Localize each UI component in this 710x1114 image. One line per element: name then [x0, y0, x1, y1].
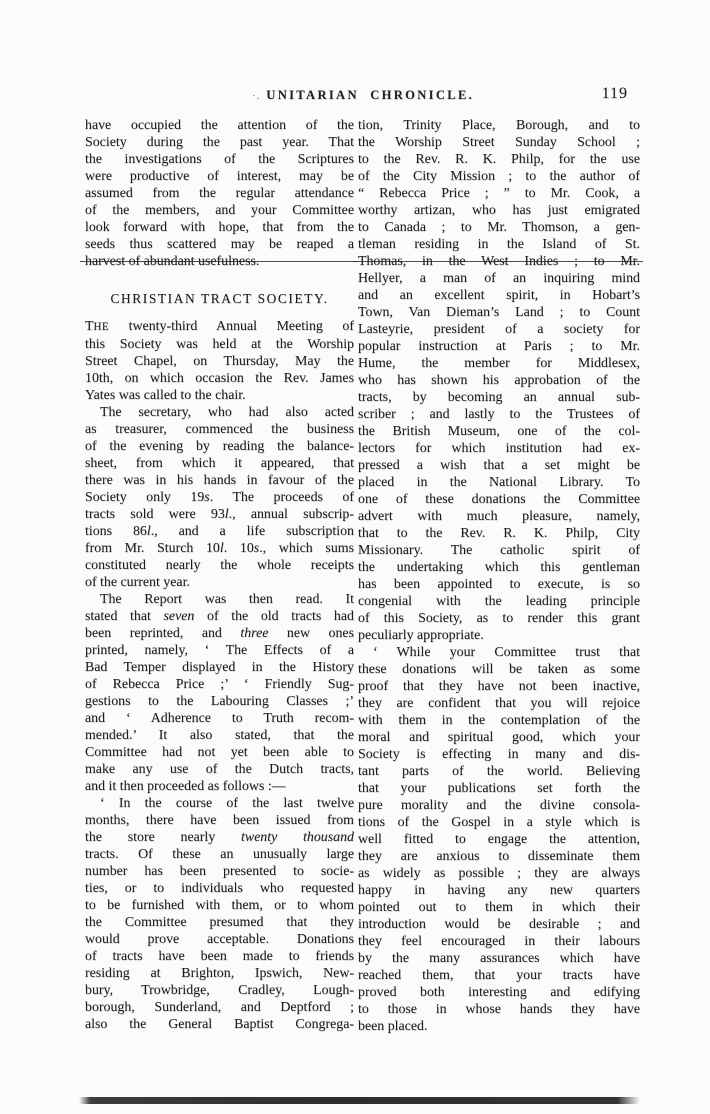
text-line: Committee had not yet been able to	[85, 744, 354, 761]
text-line: that to the Rev. R. K. Philp, City	[358, 525, 640, 542]
text-line: these donations will be taken as some	[358, 661, 640, 678]
text-line: Society during the past year. That	[85, 134, 354, 151]
scan-page: ·.UNITARIAN CHRONICLE. 119 have occupied…	[0, 0, 710, 1114]
text-line: the Worship Street Sunday School ;	[358, 134, 640, 151]
text-line: Yates was called to the chair.	[85, 387, 354, 404]
text-line: proved both interesting and edifying	[358, 984, 640, 1001]
text-line: the British Museum, one of the col-	[358, 423, 640, 440]
text-line: popular instruction at Paris ; to Mr.	[358, 338, 640, 355]
text-line: and it then proceeded as follows :—	[85, 778, 354, 795]
text-line: of the City Mission ; to the author of	[358, 168, 640, 185]
text-line: of the evening by reading the balance-	[85, 438, 354, 455]
text-line: and an excellent spirit, in Hobart’s	[358, 287, 640, 304]
text-line: Hume, the member for Middlesex,	[358, 355, 640, 372]
text-line: of tracts have been made to friends	[85, 948, 354, 965]
text-line: scriber ; and lastly to the Trustees of	[358, 406, 640, 423]
text-line: of the members, and your Committee	[85, 202, 354, 219]
text-line: Street Chapel, on Thursday, May the	[85, 353, 354, 370]
text-line: that your publications set forth the	[358, 780, 640, 797]
text-line: pointed out to them in which their	[358, 899, 640, 916]
text-line: reached them, that your tracts have	[358, 967, 640, 984]
text-line: by the many assurances which have	[358, 950, 640, 967]
text-line: sheet, from which it appeared, that	[85, 455, 354, 472]
text-line: tions 86l., and a life subscription	[85, 523, 354, 540]
text-line: well fitted to engage the attention,	[358, 831, 640, 848]
text-line: advert with much pleasure, namely,	[358, 508, 640, 525]
masthead: ·.UNITARIAN CHRONICLE.	[85, 88, 641, 103]
text-line: they are anxious to disseminate them	[358, 848, 640, 865]
text-line: tracts, by becoming an annual sub-	[358, 389, 640, 406]
text-line: were productive of interest, may be	[85, 168, 354, 185]
text-line: borough, Sunderland, and Deptford ;	[85, 999, 354, 1016]
text-line: bury, Trowbridge, Cradley, Lough-	[85, 982, 354, 999]
text-line: months, there have been issued from	[85, 812, 354, 829]
text-line: 10th, on which occasion the Rev. James	[85, 370, 354, 387]
text-line: ‘ While your Committee trust that	[358, 644, 640, 661]
text-line: to Canada ; to Mr. Thomson, a gen-	[358, 219, 640, 236]
text-line: as widely as possible ; they are always	[358, 865, 640, 882]
text-line: been reprinted, and three new ones	[85, 625, 354, 642]
journal-title: UNITARIAN CHRONICLE.	[266, 88, 474, 102]
text-line: and ‘ Adherence to Truth recom-	[85, 710, 354, 727]
text-line: placed in the National Library. To	[358, 474, 640, 491]
text-line: Missionary. The catholic spirit of	[358, 542, 640, 559]
text-line: tleman residing in the Island of St.	[358, 236, 640, 253]
text-line: look forward with hope, that from the	[85, 219, 354, 236]
text-line: assumed from the regular attendance	[85, 185, 354, 202]
text-line: worthy artizan, who has just emigrated	[358, 202, 640, 219]
text-line: who has shown his approbation of the	[358, 372, 640, 389]
text-line: harvest of abundant usefulness.	[85, 253, 354, 270]
text-line: lectors for which institution had ex-	[358, 440, 640, 457]
text-line: have occupied the attention of the	[85, 117, 354, 134]
text-line: tion, Trinity Place, Borough, and to	[358, 117, 640, 134]
text-line: from Mr. Sturch 10l. 10s., which sums	[85, 540, 354, 557]
text-line: moral and spiritual good, which your	[358, 729, 640, 746]
text-line: happy in having any new quarters	[358, 882, 640, 899]
text-line: they are confident that you will rejoice	[358, 695, 640, 712]
text-line: the undertaking which this gentleman	[358, 559, 640, 576]
text-line: tions of the Gospel in a style which is	[358, 814, 640, 831]
column-right: tion, Trinity Place, Borough, and tothe …	[358, 117, 640, 1035]
text-line: there was in his hands in favour of the	[85, 472, 354, 489]
text-line: of the current year.	[85, 574, 354, 591]
text-line: proof that they have not been inactive,	[358, 678, 640, 695]
text-line: printed, namely, ‘ The Effects of a	[85, 642, 354, 659]
text-line: congenial with the leading principle	[358, 593, 640, 610]
text-line: The secretary, who had also acted	[85, 404, 354, 421]
text-line: The twenty-third Annual Meeting of	[85, 318, 354, 336]
text-line: one of these donations the Committee	[358, 491, 640, 508]
text-line: residing at Brighton, Ipswich, New-	[85, 965, 354, 982]
text-line: as treasurer, commenced the business	[85, 421, 354, 438]
text-line: to the Rev. R. K. Philp, for the use	[358, 151, 640, 168]
text-line: they feel encouraged in their labours	[358, 933, 640, 950]
text-line: Lasteyrie, president of a society for	[358, 321, 640, 338]
text-line: the investigations of the Scriptures	[85, 151, 354, 168]
text-line: make any use of the Dutch tracts,	[85, 761, 354, 778]
text-line: tracts sold were 93l., annual subscrip-	[85, 506, 354, 523]
text-line: “ Rebecca Price ; ” to Mr. Cook, a	[358, 185, 640, 202]
text-line: Society is effecting in many and dis-	[358, 746, 640, 763]
text-line: pure morality and the divine consola-	[358, 797, 640, 814]
text-line: with them in the contemplation of the	[358, 712, 640, 729]
text-line: ties, or to individuals who requested	[85, 880, 354, 897]
text-line: the store nearly twenty thousand	[85, 829, 354, 846]
text-line: also the General Baptist Congrega-	[85, 1016, 354, 1033]
text-line: Hellyer, a man of an inquiring mind	[358, 270, 640, 287]
text-line: been placed.	[358, 1018, 640, 1035]
text-line: of this Society, as to render this grant	[358, 610, 640, 627]
text-line: pressed a wish that a set might be	[358, 457, 640, 474]
text-line: mended.’ It also stated, that the	[85, 727, 354, 744]
text-line: The Report was then read. It	[85, 591, 354, 608]
text-line: tracts. Of these an unusually large	[85, 846, 354, 863]
text-line: of Rebecca Price ;’ ‘ Friendly Sug-	[85, 676, 354, 693]
text-line: introduction would be desirable ; and	[358, 916, 640, 933]
text-line: this Society was held at the Worship	[85, 336, 354, 353]
text-line: would prove acceptable. Donations	[85, 931, 354, 948]
text-line: constituted nearly the whole receipts	[85, 557, 354, 574]
text-line: stated that seven of the old tracts had	[85, 608, 354, 625]
scan-artifact-bar	[79, 1097, 640, 1104]
text-line: gestions to the Labouring Classes ;’	[85, 693, 354, 710]
scan-speck: ·.	[252, 90, 260, 102]
text-line: number has been presented to socie-	[85, 863, 354, 880]
text-line: Society only 19s. The proceeds of	[85, 489, 354, 506]
page-number: 119	[602, 85, 628, 103]
column-left: have occupied the attention of theSociet…	[85, 117, 354, 1033]
text-line: Bad Temper displayed in the History	[85, 659, 354, 676]
text-line: has been appointed to execute, is so	[358, 576, 640, 593]
text-line: seeds thus scattered may be reaped a	[85, 236, 354, 253]
text-line: to those in whose hands they have	[358, 1001, 640, 1018]
text-line: ‘ In the course of the last twelve	[85, 795, 354, 812]
text-line: peculiarly appropriate.	[358, 627, 640, 644]
text-line: Thomas, in the West Indies ; to Mr.	[358, 253, 640, 270]
section-heading: CHRISTIAN TRACT SOCIETY.	[85, 290, 354, 307]
text-line: Town, Van Dieman’s Land ; to Count	[358, 304, 640, 321]
text-line: tant parts of the world. Believing	[358, 763, 640, 780]
text-line: to be furnished with them, or to whom	[85, 897, 354, 914]
text-line: the Committee presumed that they	[85, 914, 354, 931]
